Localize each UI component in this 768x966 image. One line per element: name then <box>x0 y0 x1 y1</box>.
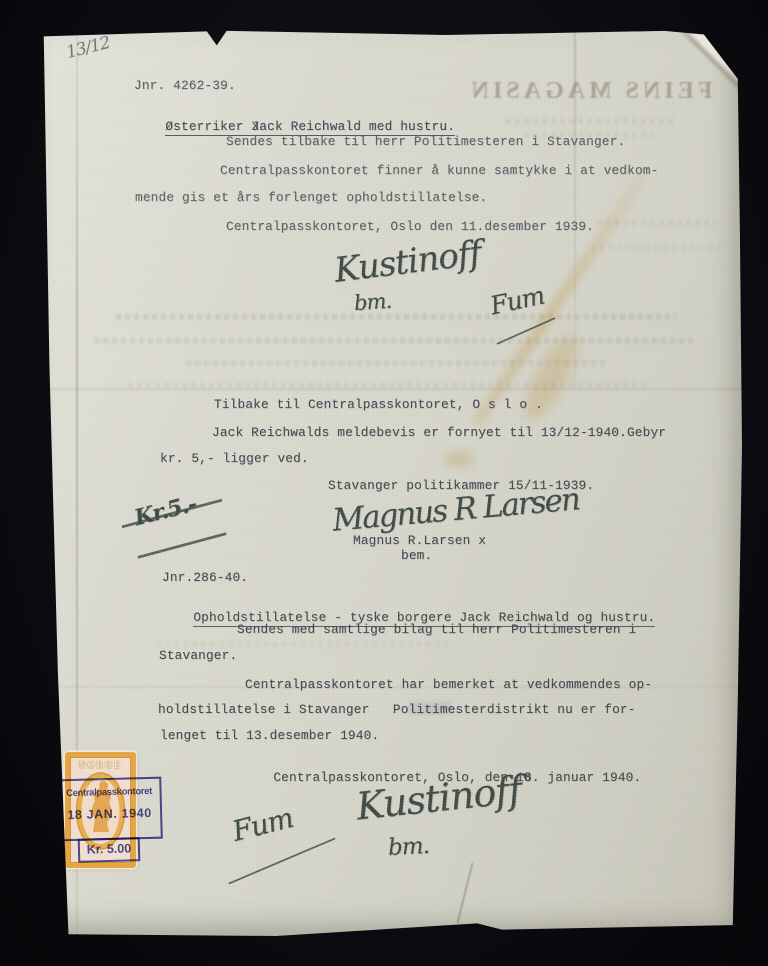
showthrough-smudge <box>128 382 648 388</box>
rubber-stamp-box: Centralpasskontoret 18 JAN. 1940 <box>56 777 163 842</box>
fee-note-stroke-bottom <box>137 532 227 559</box>
showthrough-smudge <box>116 314 676 320</box>
signature-initials-2: bm. <box>387 833 429 861</box>
doc2-signature-typed-name: Magnus R.Larsen x <box>353 533 486 548</box>
signature-initials-1: bm. <box>353 289 392 316</box>
doc2-body-line: Tilbake til Centralpasskontoret, O s l o… <box>214 397 543 412</box>
bottom-scratch <box>457 863 474 924</box>
rubber-stamp-office: Centralpasskontoret <box>59 786 158 800</box>
scanned-document-photo: { "annotations": { "pencil_note": "13/12… <box>0 0 768 966</box>
doc3-body-line: Sendes med samtlige bilag til herr Polit… <box>237 622 636 637</box>
showthrough-smudge <box>596 220 716 226</box>
fee-note-handwritten: Kr.5.- <box>132 491 199 531</box>
showthrough-header: FEINS MAGASIN <box>444 78 736 105</box>
document-paper: FEINS MAGASIN 13/12 Jnr. 4262-39. Østerr… <box>36 30 742 936</box>
doc2-signature-title: bem. <box>401 548 432 563</box>
overstruck-character: JX <box>251 119 259 134</box>
showthrough-smudge <box>186 360 606 366</box>
signature-fum-1: Fum <box>488 281 547 321</box>
doc2-body-line: kr. 5,- ligger ved. <box>160 451 309 466</box>
doc1-journal-number: Jnr. 4262-39. <box>134 78 236 93</box>
small-stain <box>444 450 474 468</box>
signature-fum-2: Fum <box>229 801 296 848</box>
doc1-body-line: Centralpasskontoret finner å kunne samty… <box>220 163 658 178</box>
pencil-note: 13/12 <box>64 33 112 63</box>
showthrough-smudge <box>94 338 694 344</box>
doc1-body-line: mende gis et års forlenget opholdstillat… <box>135 190 487 205</box>
doc3-body-line: holdstillatelse i Stavanger Politimester… <box>158 702 636 717</box>
doc3-dateline-post: . januar 1940. <box>532 770 642 785</box>
doc2-body-line: Jack Reichwalds meldebevis er fornyet ti… <box>212 425 666 440</box>
doc1-heading-post: ack Reichwald med hustru. <box>259 119 455 134</box>
showthrough-smudge <box>506 118 676 124</box>
showthrough-title-text: FEINS MAGASIN <box>444 78 736 105</box>
doc1-heading-pre: Østerriker <box>165 119 251 134</box>
doc1-dateline: Centralpasskontoret, Oslo den 11.desembe… <box>226 219 594 234</box>
rubber-stamp-date: 18 JAN. 1940 <box>59 806 160 823</box>
signature-kustinoff-1: Kustinoff <box>332 233 483 291</box>
signature-underline-stroke <box>496 317 555 345</box>
folded-corner <box>676 30 742 96</box>
doc1-body-line: Sendes tilbake til herr Politimesteren i… <box>226 134 625 149</box>
doc3-journal-number: Jnr.286-40. <box>162 570 248 585</box>
overstruck-date-digit: 68 <box>524 770 532 785</box>
doc3-body-line: Centralpasskontoret har bemerket at vedk… <box>245 677 652 692</box>
center-fold-crease <box>574 30 576 390</box>
doc3-body-line: Stavanger. <box>159 648 237 663</box>
doc3-body-line: lenget til 13.desember 1940. <box>160 728 379 743</box>
rubber-stamp-fee-box: Kr. 5.00 <box>78 837 141 863</box>
horizontal-fold-crease <box>36 388 742 390</box>
showthrough-smudge <box>591 245 721 251</box>
rubber-stamp-fee: Kr. 5.00 <box>80 841 138 857</box>
